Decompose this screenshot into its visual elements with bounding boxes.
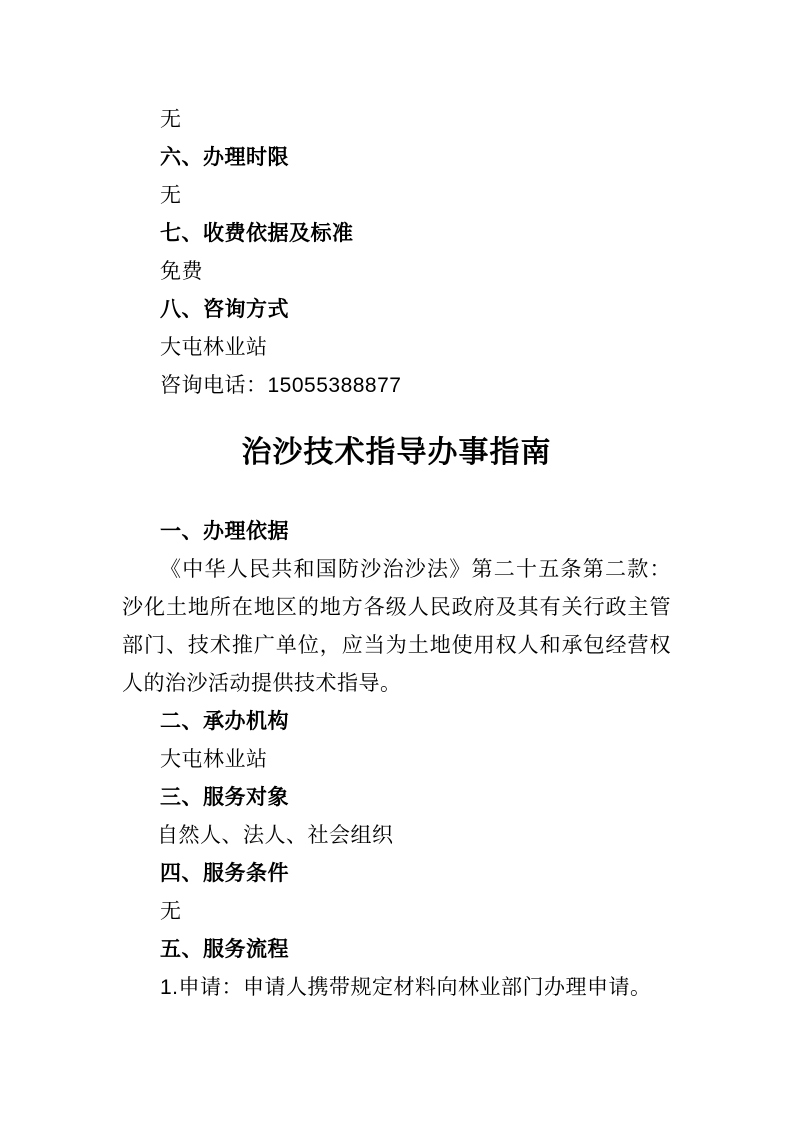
section-heading-4-conditions: 四、服务条件 [122,855,671,893]
section-heading-5-process: 五、服务流程 [122,931,671,969]
paragraph-none-1: 无 [122,101,671,139]
section-heading-3-targets: 三、服务对象 [122,779,671,817]
section-heading-6-time-limit: 六、办理时限 [122,139,671,177]
paragraph-none-2: 无 [122,177,671,215]
section-heading-8-consult: 八、咨询方式 [122,291,671,329]
paragraph-step-1-apply: 1.申请：申请人携带规定材料向林业部门办理申请。 [122,969,671,1007]
paragraph-phone: 咨询电话：15055388877 [122,367,671,405]
document-title: 治沙技术指导办事指南 [122,431,671,475]
section-heading-7-fees: 七、收费依据及标准 [122,215,671,253]
section-heading-1-basis: 一、办理依据 [122,513,671,551]
paragraph-free: 免费 [122,253,671,291]
document-page: { "doc": { "title": "治沙技术指导办事指南", "lines… [0,0,793,1122]
paragraph-legal-basis: 《中华人民共和国防沙治沙法》第二十五条第二款：沙化土地所在地区的地方各级人民政府… [122,551,671,703]
paragraph-none-3: 无 [122,893,671,931]
document-content: 无 六、办理时限 无 七、收费依据及标准 免费 八、咨询方式 大屯林业站 咨询电… [122,101,671,1007]
paragraph-targets: 自然人、法人、社会组织 [122,817,671,855]
paragraph-station-2: 大屯林业站 [122,741,671,779]
paragraph-station-1: 大屯林业站 [122,329,671,367]
section-heading-2-agency: 二、承办机构 [122,703,671,741]
